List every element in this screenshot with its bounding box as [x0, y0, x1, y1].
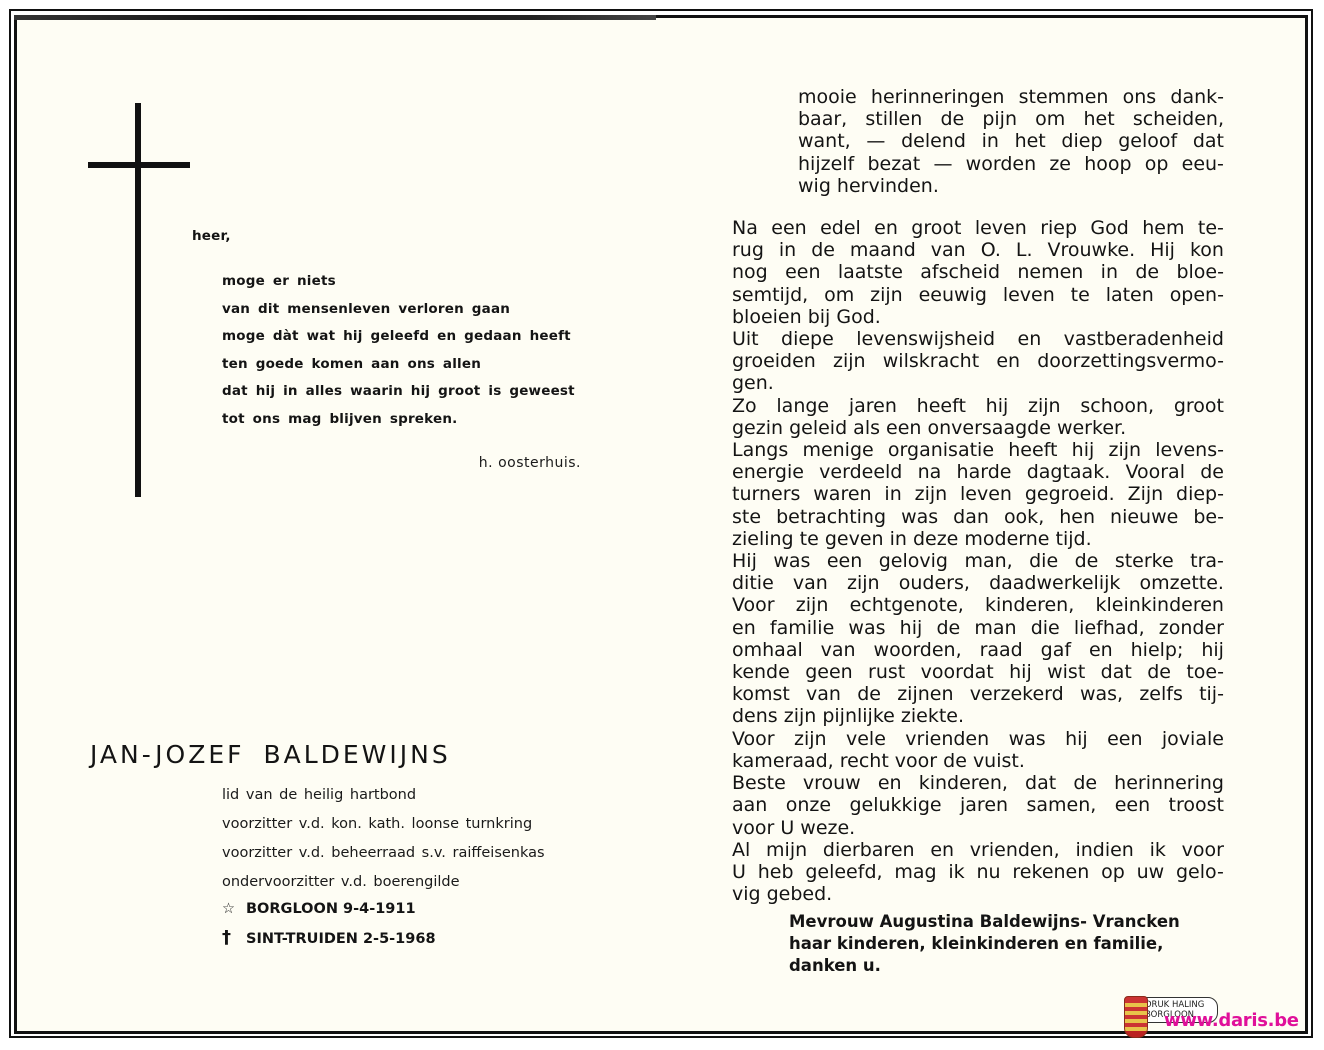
word: —	[933, 153, 952, 175]
poem-line: ten goede komen aan ons allen	[222, 355, 575, 383]
word: sterke	[1115, 550, 1174, 572]
word: het	[1015, 130, 1046, 152]
word: zijn	[833, 350, 866, 372]
dagger-icon: †	[222, 927, 246, 949]
word: hielp;	[1131, 639, 1184, 661]
word: het	[1083, 108, 1114, 130]
word: in	[1101, 261, 1118, 283]
word: groot	[911, 217, 961, 239]
crest-icon	[1124, 996, 1148, 1038]
word: verzekerd	[970, 683, 1064, 705]
word: hij	[1072, 439, 1095, 461]
birth-line: ☆BORGLOON 9-4-1911	[222, 898, 436, 927]
word: wist	[1047, 661, 1085, 683]
word: geloof	[1118, 130, 1177, 152]
tribute-column: mooieherinneringenstemmenonsdank-baar,st…	[732, 86, 1224, 905]
word: Voor	[732, 594, 775, 616]
word: troost	[1169, 794, 1224, 816]
word: ook,	[1004, 506, 1044, 528]
word: raad	[980, 639, 1023, 661]
word: Vrouwke.	[1047, 239, 1135, 261]
word: pijn	[982, 108, 1017, 130]
word: hij	[1009, 661, 1032, 683]
word: dat	[1193, 130, 1224, 152]
word: en	[732, 617, 756, 639]
word: en	[1018, 328, 1042, 350]
word: Hij	[1150, 239, 1175, 261]
word: een	[1107, 728, 1142, 750]
text-line: Zolangejarenheefthijzijnschoon,groot	[732, 395, 1224, 417]
poem-author: h. oosterhuis.	[479, 455, 581, 471]
word: de	[857, 683, 881, 705]
word: vrouw	[803, 772, 861, 794]
word: dat	[1101, 661, 1132, 683]
birth-text: BORGLOON 9-4-1911	[246, 901, 416, 917]
word: en	[930, 839, 954, 861]
word: eeu-	[1182, 153, 1224, 175]
word: rug	[732, 239, 764, 261]
word: op	[1145, 153, 1169, 175]
text-line: turnerswareninzijnlevengegroeid.Zijndiep…	[732, 483, 1224, 505]
roles-list: lid van de heilig hartbond voorzitter v.…	[222, 784, 545, 900]
word: mijn	[766, 839, 807, 861]
word: Voor	[732, 728, 775, 750]
word: U	[732, 861, 746, 883]
text-line: Langsmenigeorganisatieheefthijzijnlevens…	[732, 439, 1224, 461]
word: bezat	[867, 153, 920, 175]
word: levenswijsheid	[856, 328, 995, 350]
word: echtgenote,	[850, 594, 964, 616]
word: edel	[820, 217, 861, 239]
word: semtijd,	[732, 284, 808, 306]
word: bloe-	[1176, 261, 1224, 283]
word: de	[940, 108, 964, 130]
word: samen,	[1026, 794, 1096, 816]
word: leven	[975, 217, 1027, 239]
word: laten	[1106, 284, 1154, 306]
life-dates: ☆BORGLOON 9-4-1911 †SINT-TRUIDEN 2-5-196…	[222, 898, 436, 956]
word: hij	[1065, 728, 1088, 750]
word: geen	[805, 661, 852, 683]
word: riep	[1040, 217, 1077, 239]
word: doorzettingsvermo-	[1037, 350, 1224, 372]
text-line: Uhebgeleefd,magiknurekenenopuwgelo-	[732, 861, 1224, 883]
text-line: ditievanzijnouders,daadwerkelijkomzette.	[732, 572, 1224, 594]
text-line: energieverdeeldnahardedagtaak.Vooralde	[732, 461, 1224, 483]
word: diepe	[781, 328, 834, 350]
word: zijn	[1028, 395, 1061, 417]
star-icon: ☆	[222, 898, 246, 920]
word: betrachting	[776, 506, 886, 528]
thanks-line: danken u.	[789, 955, 1180, 977]
text-line: nogeenlaatsteafscheidnemenindebloe-	[732, 261, 1224, 283]
word: baar,	[798, 108, 847, 130]
word: te	[1071, 284, 1090, 306]
word: God	[1090, 217, 1128, 239]
word: zelfs	[1139, 683, 1183, 705]
word: verdeeld	[819, 461, 902, 483]
thanks-line: haar kinderen, kleinkinderen en familie,	[789, 933, 1180, 955]
word: groeiden	[732, 350, 816, 372]
text-line: enfamiliewashijdemandieliefhad,zonder	[732, 617, 1224, 639]
word: woorden,	[874, 639, 962, 661]
word: turners	[732, 483, 800, 505]
word: heb	[758, 861, 794, 883]
word: gaf	[1041, 639, 1071, 661]
role-item: ondervoorzitter v.d. boerengilde	[222, 871, 545, 900]
word: Uit	[732, 328, 759, 350]
word: Langs	[732, 439, 788, 461]
word: Na	[732, 217, 758, 239]
word: na	[918, 461, 942, 483]
word: komst	[732, 683, 790, 705]
role-item: voorzitter v.d. kon. kath. loonse turnkr…	[222, 813, 545, 842]
word: van	[821, 639, 856, 661]
word: kende	[732, 661, 790, 683]
word: herinnering	[1114, 772, 1224, 794]
word: kleinkinderen	[1095, 594, 1224, 616]
text-line: stebetrachtingwasdanook,hennieuwebe-	[732, 506, 1224, 528]
word: dagtaak.	[1027, 461, 1111, 483]
word: Zijn	[1128, 483, 1164, 505]
word: ik	[948, 861, 964, 883]
word: in	[779, 239, 796, 261]
word: en	[996, 350, 1020, 372]
text-line: zieling te geven in deze moderne tijd.	[732, 528, 1224, 550]
word: Hij	[732, 550, 757, 572]
text-line: bloeien bij God.	[732, 306, 1224, 328]
text-line: hijzelfbezat—wordenzehoopopeeu-	[798, 153, 1224, 175]
word: familie	[770, 617, 834, 639]
word: onze	[786, 794, 831, 816]
word: geleefd,	[805, 861, 882, 883]
word: ouders,	[899, 572, 970, 594]
scan-edge	[14, 15, 656, 20]
word: nieuwe	[1110, 506, 1178, 528]
text-line: kameraad, recht voor de vuist.	[732, 750, 1224, 772]
word: was	[773, 550, 810, 572]
word: uw	[1137, 861, 1165, 883]
word: van	[793, 572, 828, 594]
word: Vooral	[1125, 461, 1185, 483]
word: vrienden,	[970, 839, 1060, 861]
word: want,	[798, 130, 851, 152]
word: diep	[1061, 130, 1102, 152]
word: kinderen,	[985, 594, 1074, 616]
word: kon	[1190, 239, 1224, 261]
word: laatste	[838, 261, 903, 283]
word: man,	[964, 550, 1012, 572]
word: die	[1031, 617, 1060, 639]
word: omhaal	[732, 639, 803, 661]
word: O.	[981, 239, 1001, 261]
word: jaren	[849, 395, 897, 417]
word: —	[866, 130, 885, 152]
text-line: want,—delendinhetdiepgeloofdat	[798, 130, 1224, 152]
tribute-body: NaeenedelengrootlevenriepGodhemte-rugind…	[732, 217, 1224, 905]
poem-salutation: heer,	[192, 228, 231, 244]
word: een	[1115, 794, 1150, 816]
word: zijn	[915, 483, 948, 505]
word: man	[974, 617, 1016, 639]
word: op	[1101, 861, 1125, 883]
word: be-	[1193, 506, 1224, 528]
word: was	[1009, 728, 1046, 750]
word: liefhad,	[1074, 617, 1145, 639]
word: toe-	[1186, 661, 1224, 683]
word: groot	[1174, 395, 1224, 417]
word: zijn	[796, 594, 829, 616]
word: om	[824, 284, 854, 306]
word: tra-	[1190, 550, 1224, 572]
poem-line: moge er niets	[222, 272, 575, 300]
word: hen	[1059, 506, 1095, 528]
text-line: baar,stillendepijnomhetscheiden,	[798, 108, 1224, 130]
word: L.	[1016, 239, 1033, 261]
text-line: groeidenzijnwilskrachtendoorzettingsverm…	[732, 350, 1224, 372]
word: zijn	[870, 284, 903, 306]
text-line: vig gebed.	[732, 883, 1224, 905]
word: rekenen	[1012, 861, 1089, 883]
word: zijn	[847, 572, 880, 594]
word: dierbaren	[823, 839, 915, 861]
word: een	[827, 550, 862, 572]
word: stillen	[865, 108, 922, 130]
word: zijnen	[897, 683, 953, 705]
word: scheiden,	[1133, 108, 1224, 130]
word: ons	[1123, 86, 1157, 108]
poem-line: tot ons mag blijven spreken.	[222, 410, 575, 438]
word: leven	[960, 483, 1012, 505]
word: ze	[1049, 153, 1071, 175]
word: gegroeid.	[1025, 483, 1115, 505]
word: nemen	[1017, 261, 1083, 283]
word: een	[771, 217, 806, 239]
word: de	[1135, 261, 1159, 283]
word: de	[1073, 772, 1097, 794]
word: was	[848, 617, 885, 639]
word: de	[811, 239, 835, 261]
text-line: mooieherinneringenstemmenonsdank-	[798, 86, 1224, 108]
word: heeft	[1008, 439, 1057, 461]
word: jaren	[960, 794, 1008, 816]
text-line: aanonzegelukkigejarensamen,eentroost	[732, 794, 1224, 816]
word: diep-	[1176, 483, 1224, 505]
word: schoon,	[1080, 395, 1154, 417]
death-text: SINT-TRUIDEN 2-5-1968	[246, 931, 436, 947]
word: herinneringen	[871, 86, 1005, 108]
word: dan	[953, 506, 989, 528]
word: mooie	[798, 86, 857, 108]
word: vrienden	[905, 728, 989, 750]
word: en	[1089, 639, 1113, 661]
word: nog	[732, 261, 768, 283]
poem-line: moge dàt wat hij geleefd en gedaan heeft	[222, 327, 575, 355]
word: vele	[846, 728, 886, 750]
word: harde	[957, 461, 1012, 483]
thanks-line: Mevrouw Augustina Baldewijns- Vrancken	[789, 911, 1180, 933]
word: hijzelf	[798, 153, 854, 175]
poem-line: van dit mensenleven verloren gaan	[222, 300, 575, 328]
poem-line: dat hij in alles waarin hij groot is gew…	[222, 382, 575, 410]
family-thanks: Mevrouw Augustina Baldewijns- Vrancken h…	[789, 911, 1180, 977]
text-line: Almijndierbarenenvrienden,indienikvoor	[732, 839, 1224, 861]
word: gelovig	[879, 550, 948, 572]
printer-line: DRUK HALING	[1145, 1000, 1217, 1010]
word: van	[806, 683, 841, 705]
word: leven	[1003, 284, 1055, 306]
word: de	[936, 617, 960, 639]
text-line: kendegeenrustvoordathijwistdatdetoe-	[732, 661, 1224, 683]
role-item: lid van de heilig hartbond	[222, 784, 545, 813]
word: joviale	[1162, 728, 1224, 750]
text-line: Hijwaseengelovigman,diedesterketra-	[732, 550, 1224, 572]
word: hij	[986, 395, 1009, 417]
word: ste	[732, 506, 761, 528]
word: Beste	[732, 772, 786, 794]
text-line: semtijd,omzijneeuwigleventelatenopen-	[732, 284, 1224, 306]
word: te-	[1198, 217, 1224, 239]
death-line: †SINT-TRUIDEN 2-5-1968	[222, 927, 436, 956]
word: gelukkige	[849, 794, 941, 816]
word: om	[1035, 108, 1065, 130]
word: mag	[894, 861, 936, 883]
word: rust	[868, 661, 905, 683]
text-line: Bestevrouwenkinderen,datdeherinnering	[732, 772, 1224, 794]
word: in	[982, 130, 999, 152]
word: de	[1075, 550, 1099, 572]
word: was	[901, 506, 938, 528]
word: hoop	[1084, 153, 1131, 175]
word: ditie	[732, 572, 774, 594]
word: open-	[1170, 284, 1224, 306]
word: maand	[850, 239, 916, 261]
word: levens-	[1155, 439, 1224, 461]
word: gelo-	[1176, 861, 1224, 883]
word: en	[878, 772, 902, 794]
word: en	[874, 217, 898, 239]
word: aan	[732, 794, 767, 816]
word: hij	[900, 617, 923, 639]
word: waren	[813, 483, 871, 505]
word: zijn	[794, 728, 827, 750]
text-line: Voorzijnechtgenote,kinderen,kleinkindere…	[732, 594, 1224, 616]
deceased-name: JAN-JOZEF BALDEWIJNS	[90, 740, 451, 769]
word: zijn	[1108, 439, 1141, 461]
word: indien	[1075, 839, 1133, 861]
word: vastberadenheid	[1064, 328, 1224, 350]
word: wilskracht	[883, 350, 979, 372]
intro-paragraph: mooieherinneringenstemmenonsdank-baar,st…	[798, 86, 1224, 197]
word: de	[1147, 661, 1171, 683]
text-line: wig hervinden.	[798, 175, 1224, 197]
word: een	[785, 261, 820, 283]
watermark-link[interactable]: www.daris.be	[1164, 1010, 1299, 1031]
word: dank-	[1170, 86, 1224, 108]
word: menige	[802, 439, 873, 461]
word: in	[884, 483, 901, 505]
text-line: Uitdiepelevenswijsheidenvastberadenheid	[732, 328, 1224, 350]
word: heeft	[917, 395, 966, 417]
word: worden	[966, 153, 1036, 175]
text-line: voor U weze.	[732, 817, 1224, 839]
word: energie	[732, 461, 804, 483]
word: organisatie	[888, 439, 994, 461]
word: daadwerkelijk	[989, 572, 1120, 594]
word: hem	[1142, 217, 1184, 239]
text-line: komstvandezijnenverzekerdwas,zelfstij-	[732, 683, 1224, 705]
word: lange	[776, 395, 829, 417]
word: die	[1029, 550, 1058, 572]
word: omzette.	[1140, 572, 1224, 594]
word: dat	[1025, 772, 1056, 794]
word: de	[1200, 461, 1224, 483]
word: van	[931, 239, 966, 261]
word: voor	[1182, 839, 1224, 861]
text-line: gezin geleid als een onversaagde werker.	[732, 417, 1224, 439]
word: voordat	[921, 661, 994, 683]
word: ik	[1150, 839, 1166, 861]
word: delend	[901, 130, 966, 152]
word: stemmen	[1019, 86, 1109, 108]
text-line: dens zijn pijnlijke ziekte.	[732, 705, 1224, 727]
word: afscheid	[920, 261, 1000, 283]
word: Zo	[732, 395, 757, 417]
word: was,	[1080, 683, 1123, 705]
word: nu	[977, 861, 1001, 883]
cross-icon-bar	[88, 162, 190, 168]
role-item: voorzitter v.d. beheerraad s.v. raiffeis…	[222, 842, 545, 871]
text-line: gen.	[732, 372, 1224, 394]
word: Al	[732, 839, 750, 861]
text-line: NaeenedelengrootlevenriepGodhemte-	[732, 217, 1224, 239]
word: tij-	[1199, 683, 1224, 705]
poem: moge er niets van dit mensenleven verlor…	[222, 272, 575, 437]
word: zonder	[1159, 617, 1224, 639]
word: kinderen,	[919, 772, 1008, 794]
word: hij	[1201, 639, 1224, 661]
word: eeuwig	[919, 284, 987, 306]
text-line: rugindemaandvanO.L.Vrouwke.Hijkon	[732, 239, 1224, 261]
text-line: omhaalvanwoorden,raadgafenhielp;hij	[732, 639, 1224, 661]
text-line: Voorzijnvelevriendenwashijeenjoviale	[732, 728, 1224, 750]
